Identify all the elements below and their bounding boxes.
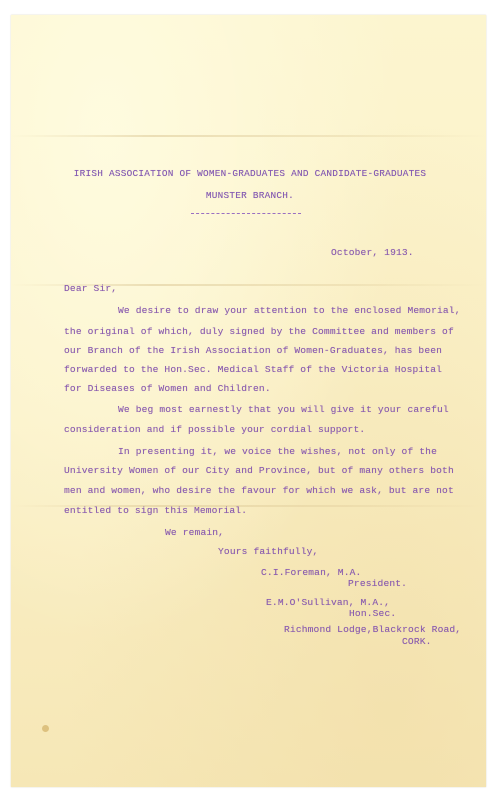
signatory-name-secretary: E.M.O'Sullivan, M.A., <box>266 598 390 608</box>
closing-faithfully: Yours faithfully, <box>218 547 318 557</box>
signatory-title-secretary: Hon.Sec. <box>349 609 396 619</box>
letterhead-rule <box>191 213 301 214</box>
paper-fold <box>11 135 486 137</box>
body-line: for Diseases of Women and Children. <box>64 384 271 394</box>
letterhead-branch: MUNSTER BRANCH. <box>0 191 500 200</box>
letter-date: October, 1913. <box>331 248 414 258</box>
body-line: We beg most earnestly that you will give… <box>118 405 449 415</box>
body-line: University Women of our City and Provinc… <box>64 466 454 476</box>
closing-remain: We remain, <box>165 528 224 538</box>
salutation: Dear Sir, <box>64 284 117 294</box>
letterhead-title: IRISH ASSOCIATION OF WOMEN-GRADUATES AND… <box>0 169 500 178</box>
body-line: our Branch of the Irish Association of W… <box>64 346 442 356</box>
signatory-title-president: President. <box>348 579 407 589</box>
body-line: In presenting it, we voice the wishes, n… <box>118 447 437 457</box>
body-line: entitled to sign this Memorial. <box>64 506 247 516</box>
letter-paper <box>11 15 486 787</box>
body-line: the original of which, duly signed by th… <box>64 327 454 337</box>
address-city: CORK. <box>402 637 432 647</box>
body-line: consideration and if possible your cordi… <box>64 425 365 435</box>
paper-stain <box>42 725 49 732</box>
address-line: Richmond Lodge,Blackrock Road, <box>284 625 461 635</box>
body-line: We desire to draw your attention to the … <box>118 306 461 316</box>
body-line: men and women, who desire the favour for… <box>64 486 454 496</box>
signatory-name-president: C.I.Foreman, M.A. <box>261 568 361 578</box>
body-line: forwarded to the Hon.Sec. Medical Staff … <box>64 365 442 375</box>
